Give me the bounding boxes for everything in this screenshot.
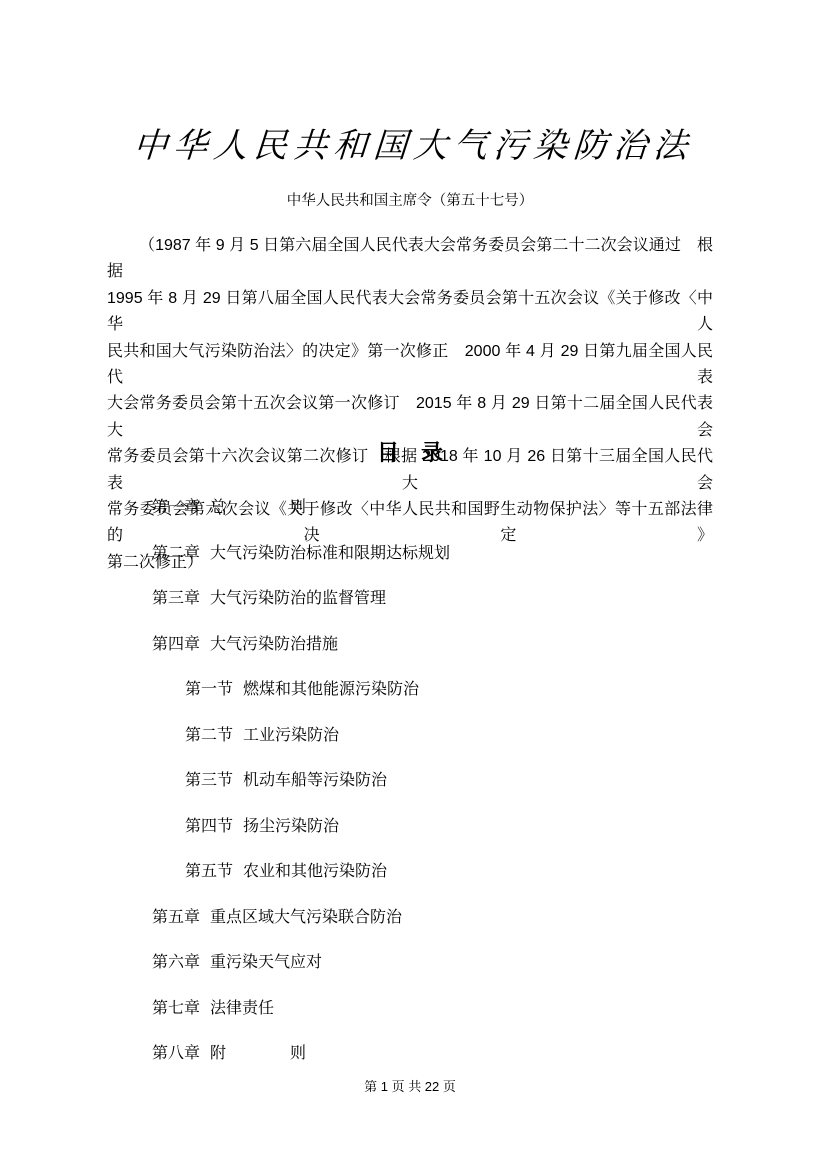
toc-item-title: 机动车船等污染防治 xyxy=(243,772,387,789)
page-number-footer: 第 1 页 共 22 页 xyxy=(107,1076,713,1095)
toc-item: 第四节扬尘污染防治 xyxy=(107,804,713,850)
toc-heading: 目 录 xyxy=(107,436,713,467)
toc-item-title: 重点区域大气污染联合防治 xyxy=(210,909,402,926)
presidential-decree-line: 中华人民共和国主席令（第五十七号） xyxy=(107,189,713,210)
toc-item-label: 第六章 xyxy=(152,954,200,971)
toc-item-label: 第二节 xyxy=(185,727,233,744)
toc-item-title: 重污染天气应对 xyxy=(210,954,322,971)
toc-item: 第三章大气污染防治的监督管理 xyxy=(107,576,713,622)
toc-item: 第四章大气污染防治措施 xyxy=(107,622,713,668)
toc-item-title: 扬尘污染防治 xyxy=(243,818,339,835)
toc-item: 第三节机动车船等污染防治 xyxy=(107,758,713,804)
toc-item-label: 第七章 xyxy=(152,1000,200,1017)
document-title: 中华人民共和国大气污染防治法 xyxy=(0,118,827,167)
preamble-line: （1987 年 9 月 5 日第六届全国人民代表大会常务委员会第二十二次会议通过… xyxy=(107,233,713,286)
document-page: 中华人民共和国大气污染防治法 中华人民共和国主席令（第五十七号） （1987 年… xyxy=(0,0,827,1170)
toc-item-label: 第五章 xyxy=(152,909,200,926)
toc-item: 第五节农业和其他污染防治 xyxy=(107,849,713,895)
toc-item: 第二章大气污染防治标准和限期达标规划 xyxy=(107,531,713,577)
toc-item-title: 附 则 xyxy=(210,1045,306,1062)
toc-item-label: 第一节 xyxy=(185,681,233,698)
toc-item-title: 大气污染防治措施 xyxy=(210,636,338,653)
toc-item: 第七章法律责任 xyxy=(107,986,713,1032)
toc-item-label: 第一章 xyxy=(152,499,200,516)
toc-item: 第五章重点区域大气污染联合防治 xyxy=(107,895,713,941)
toc-item-label: 第八章 xyxy=(152,1045,200,1062)
preamble-line: 1995 年 8 月 29 日第八届全国人民代表大会常务委员会第十五次会议《关于… xyxy=(107,286,713,339)
toc-item: 第一节燃煤和其他能源污染防治 xyxy=(107,667,713,713)
toc-item-title: 大气污染防治标准和限期达标规划 xyxy=(210,545,450,562)
toc-item: 第八章附 则 xyxy=(107,1031,713,1077)
toc-item-label: 第四章 xyxy=(152,636,200,653)
toc-item-label: 第四节 xyxy=(185,818,233,835)
toc-item-title: 大气污染防治的监督管理 xyxy=(210,590,386,607)
toc-item: 第一章总 则 xyxy=(107,485,713,531)
toc-item-title: 法律责任 xyxy=(210,1000,274,1017)
toc-item-label: 第三章 xyxy=(152,590,200,607)
toc-item-label: 第三节 xyxy=(185,772,233,789)
toc-list: 第一章总 则第二章大气污染防治标准和限期达标规划第三章大气污染防治的监督管理第四… xyxy=(107,485,713,1077)
toc-item-title: 总 则 xyxy=(210,499,306,516)
toc-item: 第六章重污染天气应对 xyxy=(107,940,713,986)
toc-item-title: 农业和其他污染防治 xyxy=(243,863,387,880)
preamble-line: 民共和国大气污染防治法〉的决定》第一次修正 2000 年 4 月 29 日第九届… xyxy=(107,339,713,392)
toc-item: 第二节工业污染防治 xyxy=(107,713,713,759)
toc-item-title: 燃煤和其他能源污染防治 xyxy=(243,681,419,698)
toc-item-label: 第五节 xyxy=(185,863,233,880)
toc-item-label: 第二章 xyxy=(152,545,200,562)
toc-item-title: 工业污染防治 xyxy=(243,727,339,744)
